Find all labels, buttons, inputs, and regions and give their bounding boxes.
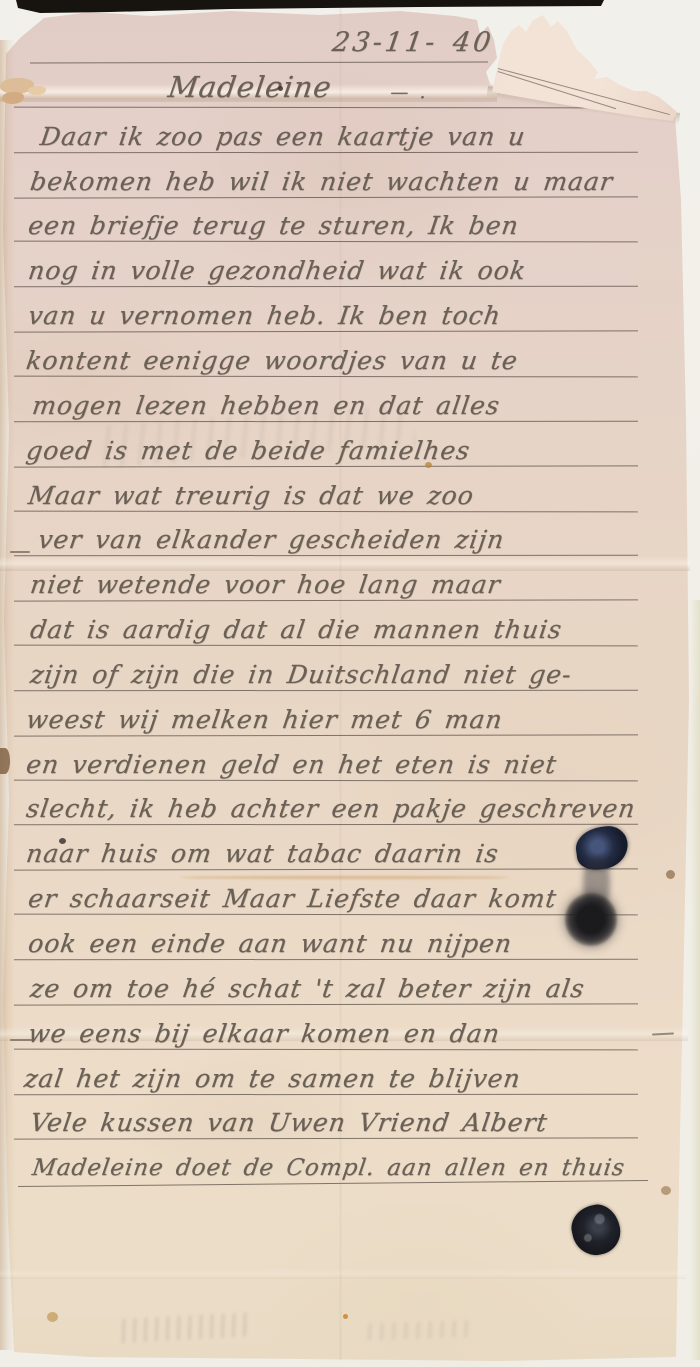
vertical-fold-crease — [339, 0, 342, 1360]
pencil-dot — [278, 86, 283, 91]
paper-left-edge-wear — [0, 40, 15, 1350]
fold-pencil-dash — [10, 551, 30, 553]
tan-streak-stain — [180, 876, 510, 879]
scanned-letter-page: 23-11- 40 Madeleine — . Daar ik zoo pas … — [0, 0, 700, 1367]
pencil-speck — [59, 838, 66, 844]
bottom-stain — [47, 1312, 58, 1322]
ink-blot-lower — [565, 893, 617, 946]
small-stain — [425, 462, 432, 468]
right-edge-stain — [661, 1186, 671, 1195]
letter-paper — [0, 0, 700, 1367]
scan-edge-tint — [690, 600, 700, 1360]
orange-speck — [343, 1314, 348, 1319]
left-edge-stain — [0, 748, 10, 774]
right-edge-stain — [666, 870, 675, 879]
fold-pencil-dash — [10, 1039, 32, 1041]
